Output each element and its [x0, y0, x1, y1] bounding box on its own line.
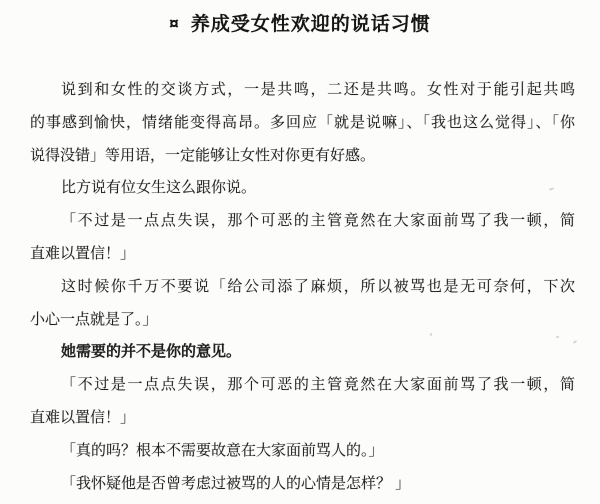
body-text: 说到和女性的交谈方式，一是共鸣，二还是共鸣。女性对于能引起共鸣 的事感到愉快，情…	[30, 74, 575, 500]
body-line: 的事感到愉快，情绪能变得高昂。多回应「就是说嘛」、「我也这么觉得」、「你	[30, 107, 575, 140]
scan-speck	[556, 336, 559, 338]
chapter-marker-icon: ¤	[169, 14, 179, 33]
chapter-title-text: 养成受女性欢迎的说话习惯	[191, 14, 431, 35]
body-line: 直难以置信！」	[30, 238, 575, 271]
chapter-title: ¤养成受女性欢迎的说话习惯	[0, 9, 600, 36]
body-line: 说得没错」等用语，一定能够让女性对你更有好感。	[30, 140, 575, 173]
scan-speck	[430, 333, 432, 336]
book-page: ¤养成受女性欢迎的说话习惯 说到和女性的交谈方式，一是共鸣，二还是共鸣。女性对于…	[0, 0, 600, 504]
body-line: 小心一点就是了。」	[30, 304, 575, 337]
scan-speck	[573, 340, 577, 344]
body-line: 比方说有位女生这么跟你说。	[30, 172, 575, 205]
body-line: 「不过是一点点失误，那个可恶的主管竟然在大家面前骂了我一顿，简	[30, 369, 575, 402]
body-line: 说到和女性的交谈方式，一是共鸣，二还是共鸣。女性对于能引起共鸣	[30, 74, 575, 107]
scan-speck	[500, 381, 502, 383]
body-line: 「不过是一点点失误，那个可恶的主管竟然在大家面前骂了我一顿，简	[30, 205, 575, 238]
body-line: 直难以置信！」	[30, 402, 575, 435]
body-line: 这时候你千万不要说「给公司添了麻烦，所以被骂也是无可奈何，下次	[30, 271, 575, 304]
body-line: 「我怀疑他是否曾考虑过被骂的人的心情是怎样？ 」	[30, 468, 575, 501]
body-line: 「真的吗？根本不需要故意在大家面前骂人的。」	[30, 435, 575, 468]
emphasis-line: 她需要的并不是你的意见。	[30, 336, 575, 369]
